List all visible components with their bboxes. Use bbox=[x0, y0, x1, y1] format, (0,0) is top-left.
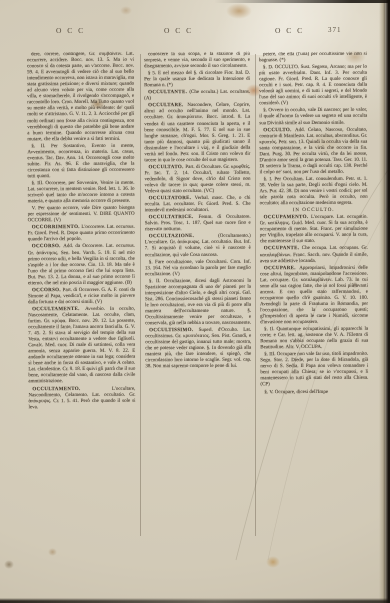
paragraph: §. III. Occupare non vale far uso, titol… bbox=[260, 352, 368, 389]
entry-headword: OCCULTARE. bbox=[148, 103, 187, 108]
book-edge-shadow-bottom bbox=[0, 598, 390, 603]
book-edge-shadow-top bbox=[0, 0, 390, 3]
entry-paragraph: OCCULTANTE. (Che occulta.) Lat. occultan… bbox=[144, 90, 250, 103]
paragraph: IN OCCULTO. bbox=[260, 208, 368, 215]
text-column-middle: conoscere la sua scopa, e la stazione di… bbox=[144, 52, 252, 536]
entry-paragraph: OCCULTO. Add. Celato, Nascoso, Occultato… bbox=[259, 127, 367, 176]
running-head-left: O C C bbox=[56, 26, 85, 35]
entry-headword: OCCORSO. bbox=[32, 245, 64, 250]
entry-paragraph: OCCULTATO. Part. di Occultare. Gr. κρυφθ… bbox=[144, 165, 250, 196]
entry-headword: OCCULTAZIONE. bbox=[149, 234, 218, 239]
paragraph: §. Ovvero in occulto, vale Di nascoso; p… bbox=[259, 108, 367, 127]
entry-headword: OCCULTANTE. bbox=[148, 90, 189, 95]
entry-headword: OCCORRIMENTO. bbox=[32, 225, 82, 230]
text-body: dere, correre, contingere, Gr. συμβαίνει… bbox=[28, 52, 370, 538]
entry-paragraph: OCCULTAMENTE. Avverbio. In occulto, Nasc… bbox=[28, 307, 135, 386]
entry-paragraph: OCCORSO. Add. da Occorrere. Lat. occursu… bbox=[28, 244, 135, 287]
entry-headword: OCCULTATORE. bbox=[149, 196, 195, 201]
entry-headword: OCCUPANTE. bbox=[264, 247, 302, 252]
entry-headword: OCCUPAMENTO. bbox=[264, 215, 311, 220]
column-rule bbox=[140, 54, 141, 536]
entry-headword: OCCULTO. bbox=[263, 128, 295, 133]
paragraph: §. II. Occultazione, dicesi dagli Astron… bbox=[145, 278, 251, 327]
foxing-stain bbox=[4, 560, 14, 569]
paragraph: petere, che ella (l'una) per occultissim… bbox=[259, 52, 367, 65]
entry-paragraph: OCCULTARE. Nascondere, Celare, Coprire, … bbox=[144, 103, 250, 164]
text-column-left: dere, correre, contingere, Gr. συμβαίνει… bbox=[27, 52, 136, 536]
paragraph: V. Per quanto occorre, vale Dire quanto … bbox=[28, 206, 135, 225]
text-column-right: petere, che ella (l'una) per occultissim… bbox=[259, 52, 369, 536]
paragraph: §. II. Quantunque occupatissimi, gli app… bbox=[260, 327, 368, 352]
paragraph: §. V. Occupare, dicesi dell'Impe bbox=[260, 389, 368, 396]
entry-paragraph: OCCORRIMENTO. L'occorrere. Lat. occursus… bbox=[28, 225, 135, 244]
running-head-right: O C C bbox=[275, 26, 304, 35]
paragraph: §. Fare occultazione, vale Occultarsi. C… bbox=[145, 259, 251, 278]
entry-headword: OCCULTAMENTE. bbox=[32, 307, 85, 312]
paragraph: § 5. E nel mezzo del §. di circolare Fio… bbox=[144, 71, 250, 90]
foxing-stain bbox=[120, 6, 132, 15]
paragraph: §. II. Per Sostantivo, Evento in mente, … bbox=[27, 143, 134, 180]
entry-paragraph: OCCULTATRICE. Femm. di Occultatore. Salv… bbox=[145, 215, 251, 234]
column-rule bbox=[255, 54, 256, 536]
entry-paragraph: OCCUPANTE. Che occupa. Lat. occupans. Gr… bbox=[260, 246, 368, 265]
entry-paragraph: OCCULTATORE. Verbal. masc. Che, o chi oc… bbox=[145, 196, 251, 215]
paragraph: §. III. Occorrere, per Sovvenire, Venire… bbox=[28, 181, 135, 206]
book-edge-shadow bbox=[383, 0, 390, 603]
entry-paragraph: OCCUPARE. Appropriarsi, Impadronirsi del… bbox=[260, 265, 368, 326]
paragraph: §. D. OCCULTO. Sust. Segreto, Arcano; ma… bbox=[259, 65, 367, 108]
entry-headword: OCCULTAMENTO. bbox=[32, 386, 111, 391]
entry-headword: OCCULTATO. bbox=[148, 165, 185, 170]
foxing-stain bbox=[48, 548, 57, 556]
paragraph: dere, correre, contingere, Gr. συμβαίνει… bbox=[27, 52, 134, 143]
entry-headword: OCCULTATRICE. bbox=[149, 215, 199, 220]
entry-headword: OCCORSO. bbox=[32, 288, 63, 293]
entry-headword: OCCUPARE. bbox=[264, 266, 299, 271]
running-head-center: O C C bbox=[164, 26, 193, 35]
paragraph: conoscere la sua scopa, e la stazione di… bbox=[144, 52, 250, 71]
entry-paragraph: OCCUPAMENTO. L'occupare. Lat. occupatio.… bbox=[260, 215, 368, 246]
page-number: 371 bbox=[328, 26, 342, 34]
entry-headword: OCCULTISSIMO. bbox=[149, 328, 198, 333]
book-page: O C C O C C O C C 371 dere, correre, con… bbox=[0, 0, 390, 603]
entry-paragraph: OCCULTAMENTO. L'occultare, Nascondimento… bbox=[28, 386, 135, 411]
running-head: O C C O C C O C C 371 bbox=[28, 26, 370, 40]
entry-paragraph: OCCULTAZIONE. (Occultamento.) L'occultar… bbox=[145, 234, 251, 259]
foxing-stain bbox=[266, 556, 280, 568]
entry-paragraph: OCCORSO. Part. di Occorrere. G. A. F. co… bbox=[28, 288, 135, 307]
paragraph: §. I. Per Occultam. Lat. consulendum. Pe… bbox=[259, 177, 367, 208]
entry-paragraph: OCCULTISSIMO. Superl. d'Occulto. Lat. oc… bbox=[145, 328, 251, 371]
